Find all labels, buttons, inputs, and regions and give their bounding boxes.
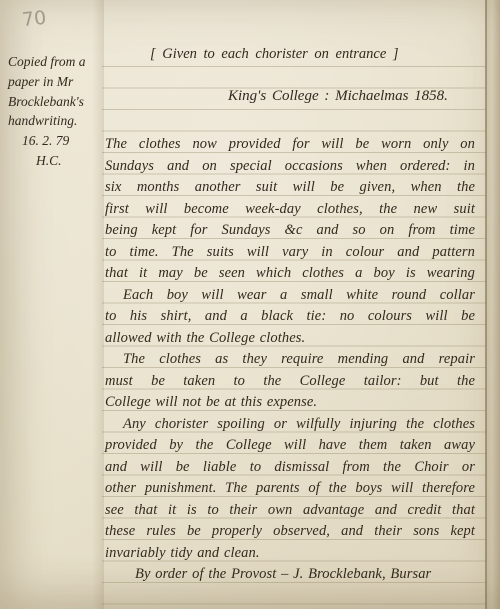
margin-note-initials: H.C. bbox=[8, 151, 102, 171]
header-title: [ Given to each chorister on entrance ] bbox=[150, 46, 399, 63]
right-page-edge bbox=[485, 0, 500, 609]
manuscript-line: these rules be properly observed, and th… bbox=[105, 521, 475, 543]
manuscript-line: The clothes now provided for will be wor… bbox=[105, 134, 475, 156]
dateline: King's College : Michaelmas 1858. bbox=[228, 88, 448, 105]
manuscript-line: first will become week-day clothes, the … bbox=[105, 199, 475, 221]
manuscript-line: to time. The suits will vary in colour a… bbox=[105, 242, 475, 264]
manuscript-line: six months another suit will be given, w… bbox=[105, 177, 475, 199]
notebook-page: 70 Copied from a paper in Mr Brocklebank… bbox=[0, 0, 500, 609]
margin-note-line: Copied from a bbox=[8, 52, 102, 72]
manuscript-line: Any chorister spoiling or wilfully injur… bbox=[105, 414, 475, 436]
manuscript-line: invariably tidy and clean. bbox=[105, 543, 475, 565]
margin-note-line: Brocklebank's bbox=[8, 92, 102, 112]
margin-note-line: paper in Mr bbox=[8, 72, 102, 92]
manuscript-line: College will not be at this expense. bbox=[105, 392, 475, 414]
manuscript-line: allowed with the College clothes. bbox=[105, 328, 475, 350]
margin-note-line: handwriting. bbox=[8, 111, 102, 131]
manuscript-line: Sundays and on special occasions when or… bbox=[105, 156, 475, 178]
manuscript-line: provided by the College will have them t… bbox=[105, 435, 475, 457]
manuscript-line: to his shirt, and a black tie: no colour… bbox=[105, 306, 475, 328]
margin-note-date: 16. 2. 79 bbox=[8, 131, 102, 151]
manuscript-line: The clothes as they require mending and … bbox=[105, 349, 475, 371]
manuscript-line: that it may be seen which clothes a boy … bbox=[105, 263, 475, 285]
manuscript-line: see that it is to their own advantage an… bbox=[105, 500, 475, 522]
manuscript-line: must be taken to the College tailor: but… bbox=[105, 371, 475, 393]
manuscript-line: other punishment. The parents of the boy… bbox=[105, 478, 475, 500]
page-number: 70 bbox=[21, 7, 47, 31]
manuscript-signature-line: By order of the Provost – J. Brocklebank… bbox=[105, 564, 475, 586]
manuscript-line: being kept for Sundays &c and so on from… bbox=[105, 220, 475, 242]
manuscript-line: and will be liable to dismissal from the… bbox=[105, 457, 475, 479]
manuscript-line: Each boy will wear a small white round c… bbox=[105, 285, 475, 307]
margin-note: Copied from a paper in Mr Brocklebank's … bbox=[8, 52, 102, 171]
